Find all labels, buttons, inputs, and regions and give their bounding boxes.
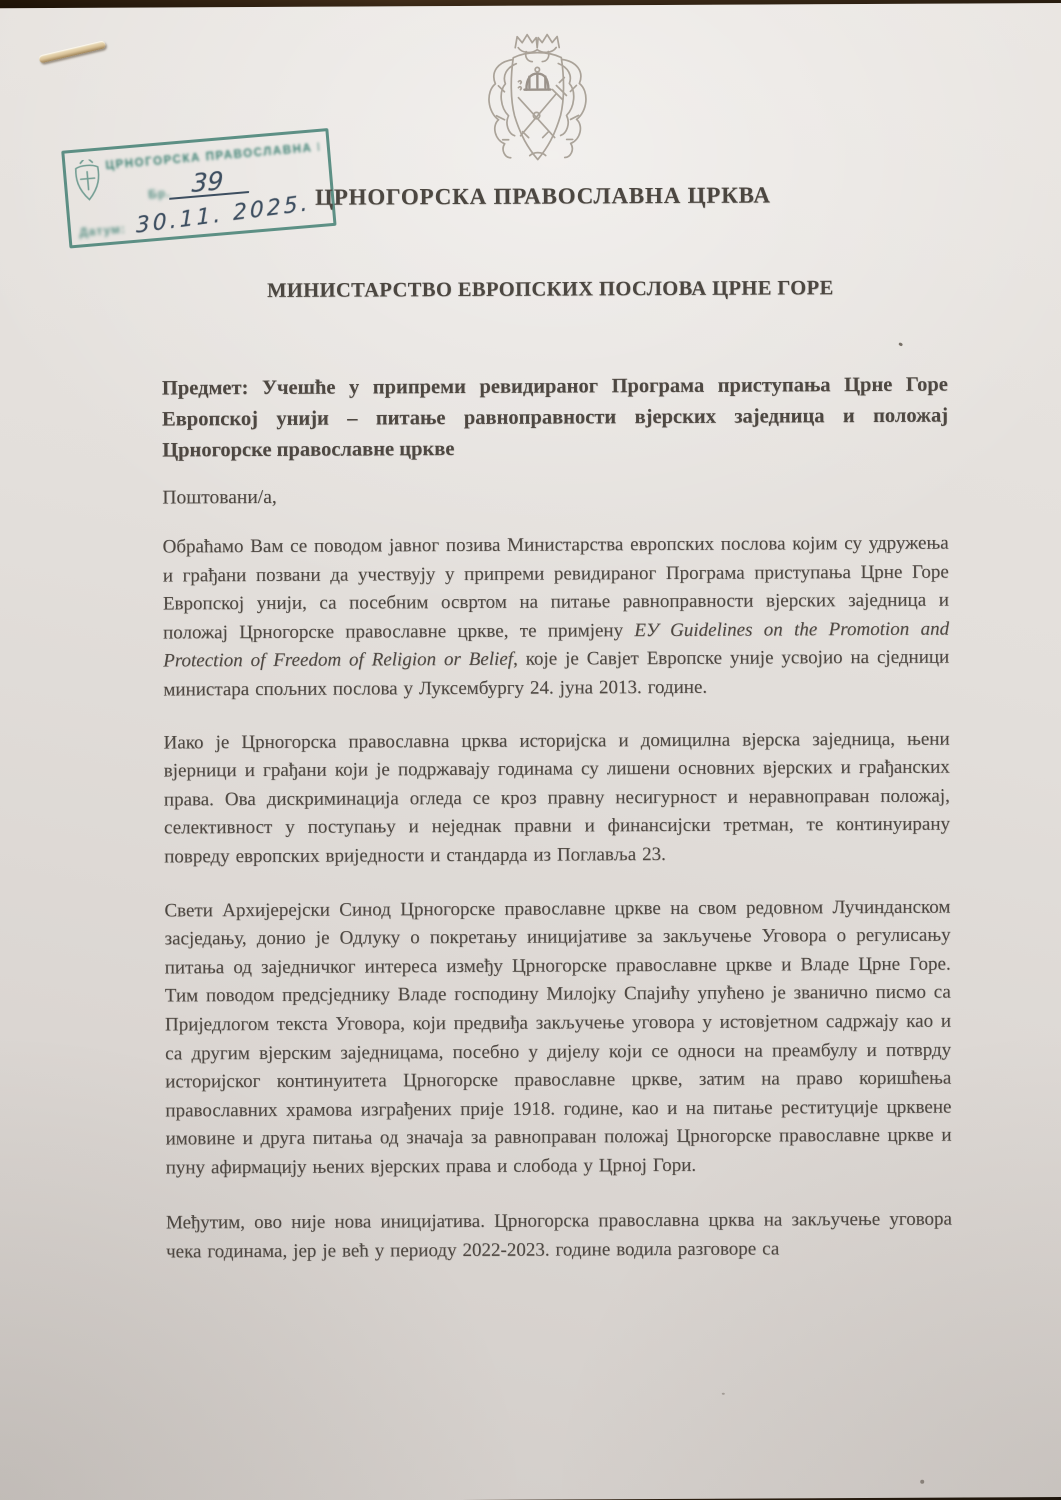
coat-of-arms-emblem — [474, 27, 601, 183]
letterhead-church-name: ЦРНОГОРСКА ПРАВОСЛАВНА ЦРКВА — [0, 181, 1061, 212]
ink-speck — [722, 1393, 725, 1395]
paragraph-discrimination: Иако је Црногорска православна црква ист… — [164, 725, 951, 872]
stamp-date-label: Датум: — [79, 222, 127, 240]
ink-speck — [898, 342, 903, 347]
paragraph-public-call: Обраћамо Вам се поводом јавног позива Ми… — [163, 530, 950, 705]
paragraph-not-new-initiative: Међутим, ово није нова иницијатива. Црно… — [166, 1206, 952, 1267]
subject-line: Предмет: Учешће у припреми ревидираног П… — [162, 370, 948, 467]
photographed-letter-page: ЦРНОГОРСКА ПРАВОСЛАВНА ЦРКВА Бр. 39 Дату… — [0, 0, 1061, 1500]
paper-sheet: ЦРНОГОРСКА ПРАВОСЛАВНА ЦРКВА Бр. 39 Дату… — [0, 3, 1061, 1500]
paragraph-synod-initiative: Свети Архијерејски Синод Црногорске прав… — [164, 893, 951, 1183]
salutation: Поштовани/а, — [162, 480, 948, 513]
staple-icon — [38, 40, 106, 63]
ink-speck — [920, 1480, 924, 1484]
recipient-ministry-name: МИНИСТАРСТВО ЕВРОПСКИХ ПОСЛОВА ЦРНЕ ГОРЕ — [0, 276, 1061, 304]
letter-body: Предмет: Учешће у припреми ревидираног П… — [162, 370, 952, 1267]
